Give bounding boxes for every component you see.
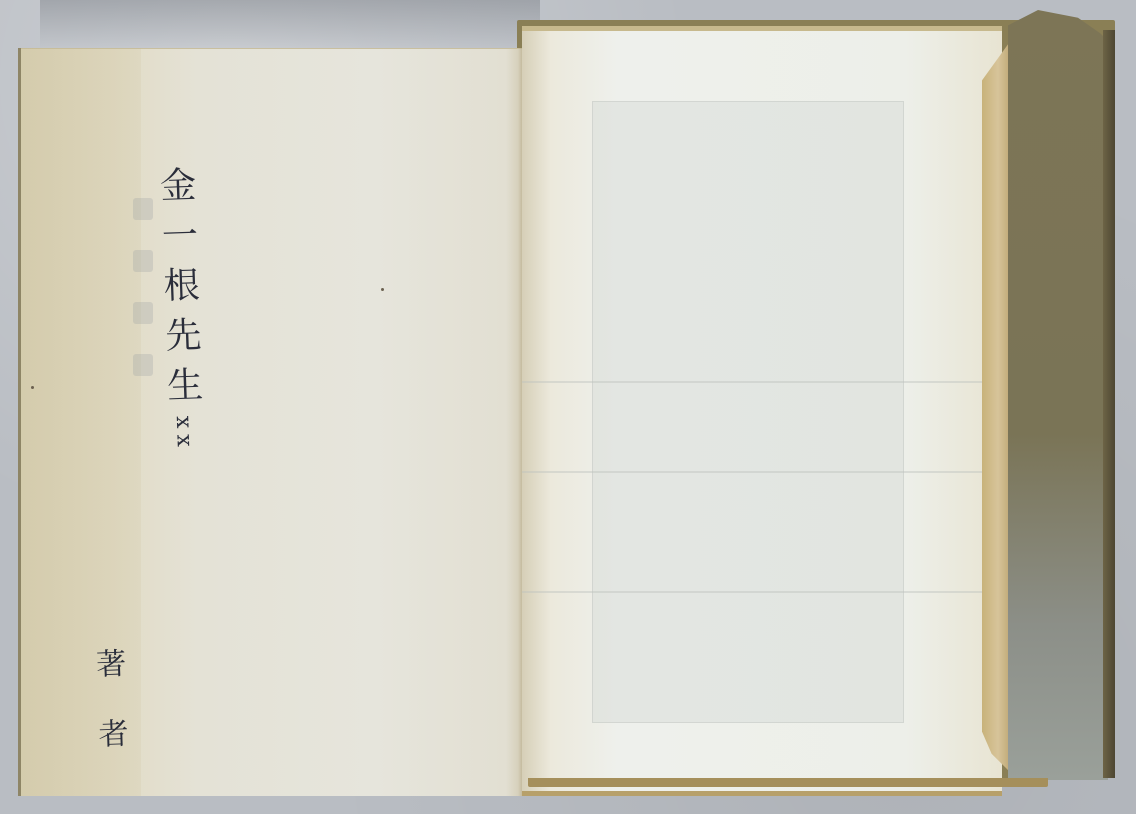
- paper-crease: [522, 471, 1002, 473]
- plate-impression: [592, 101, 904, 723]
- faint-glyph: [133, 302, 153, 324]
- faint-glyph: [133, 198, 153, 220]
- paper-crease: [522, 381, 1002, 383]
- faint-glyph: [133, 250, 153, 272]
- paper-crease: [522, 591, 1002, 593]
- page-speck: [31, 386, 34, 389]
- cover-edge: [1103, 30, 1115, 778]
- left-page: 金一根先生xx 著者: [18, 48, 526, 796]
- faint-printed-text: [133, 198, 155, 376]
- dust-jacket-flap: [1008, 10, 1108, 780]
- dedication-suffix: xx: [171, 415, 197, 453]
- page-speck: [381, 288, 384, 291]
- handwritten-dedication: 金一根先生xx: [154, 165, 204, 453]
- page-bottom-edge: [528, 778, 1048, 787]
- faint-glyph: [133, 354, 153, 376]
- book-shadow: [40, 0, 540, 50]
- dedication-name: 金一根先生: [154, 165, 204, 416]
- right-page: [522, 26, 1002, 796]
- handwritten-signature: 著者: [85, 647, 134, 788]
